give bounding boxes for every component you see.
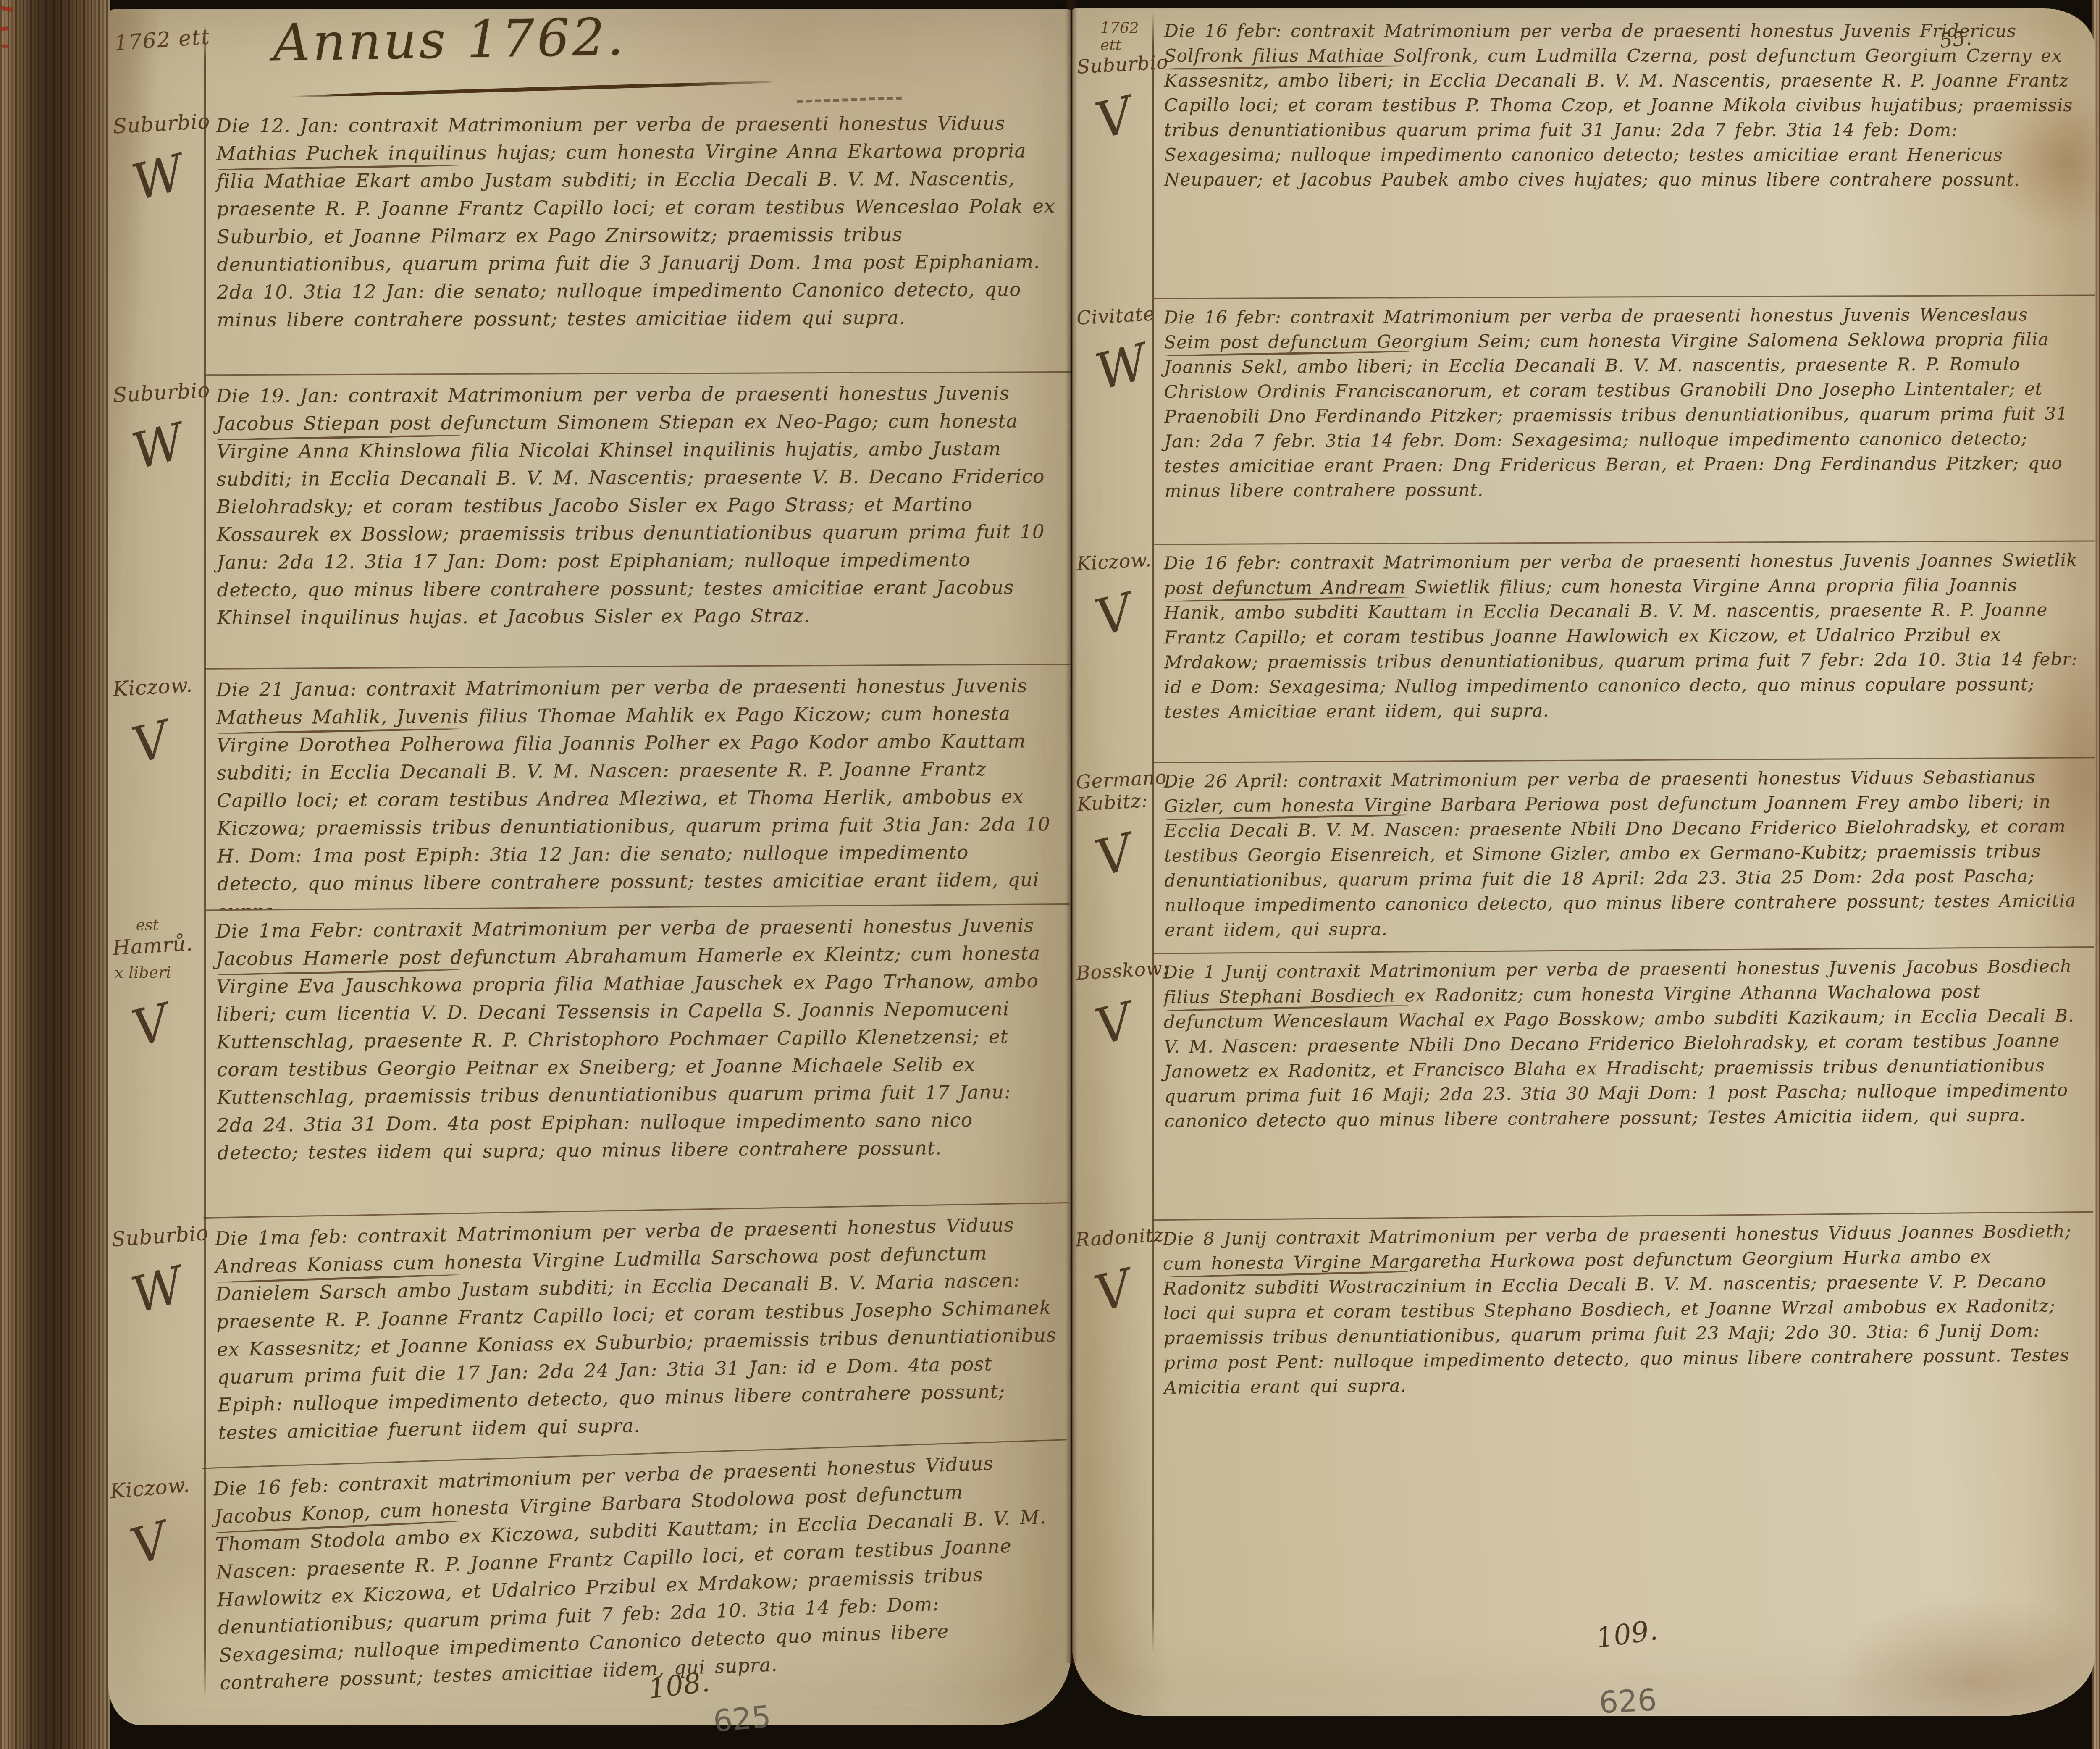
- entry-margin: Kiczow. V: [108, 668, 206, 910]
- page-number-stamp: 626: [1598, 1682, 1658, 1720]
- register-entry: Suburbio W Die 1ma feb: contraxit Matrim…: [106, 1202, 1073, 1471]
- margin-checkmark: W: [1091, 335, 1158, 397]
- margin-note: x liberi: [114, 963, 203, 982]
- entry-margin: est Hamrů. x liberi V: [107, 909, 207, 1219]
- margin-place-label: Suburbio: [113, 379, 205, 407]
- book-gutter-crease: [1065, 0, 1078, 1663]
- entry-margin: Kiczow. V: [105, 1468, 210, 1706]
- margin-place-label: Germano Kubitz:: [1075, 767, 1153, 815]
- margin-place-label: Radonitz: [1075, 1224, 1152, 1251]
- entry-margin: Suburbio W: [106, 1217, 208, 1471]
- red-edge-mark: [2, 45, 8, 48]
- margin-place-label: Bosskow:: [1076, 958, 1152, 985]
- register-entry: Suburbio W Die 12. Jan: contraxit Matrim…: [108, 102, 1071, 375]
- margin-place-label: Kiczow.: [112, 672, 204, 701]
- margin-place-label: Kiczow.: [1076, 549, 1153, 575]
- entry-margin: Suburbio W: [108, 374, 206, 669]
- margin-checkmark: V: [1091, 581, 1158, 643]
- entry-margin: Kiczow. V: [1071, 544, 1155, 762]
- margin-place-label: Hamrů.: [112, 931, 204, 960]
- red-edge-mark: [0, 26, 8, 31]
- red-edge-mark: [0, 6, 13, 12]
- entry-text: Die 21 Janua: contraxit Matrimonium per …: [205, 664, 1071, 910]
- entry-text: Die 16 feb: contraxit matrimonium per ve…: [202, 1439, 1074, 1703]
- margin-checkmark: V: [1091, 84, 1158, 146]
- margin-rule-line: [1152, 12, 1154, 1653]
- book-page-edges-left: [0, 0, 110, 1749]
- margin-checkmark: W: [126, 1254, 208, 1321]
- page-number-stamp: 625: [712, 1699, 772, 1739]
- entry-text: Die 16 febr: contraxit Matrimonium per v…: [1154, 294, 2095, 544]
- entry-text: Die 12. Jan: contraxit Matrimonium per v…: [205, 102, 1071, 374]
- margin-rule-line: [204, 24, 206, 1701]
- margin-checkmark: W: [128, 142, 209, 207]
- entry-text: Die 19. Jan: contraxit Matrimonium per v…: [205, 371, 1071, 668]
- entry-margin: Civitate W: [1071, 298, 1155, 544]
- register-entry: Civitate W Die 16 febr: contraxit Matrim…: [1071, 294, 2095, 544]
- register-entry: Bosskow: V Die 1 Junij contraxit Matrimo…: [1071, 946, 2096, 1220]
- entry-margin: Radonitz V: [1070, 1219, 1156, 1598]
- register-entry: Kiczow. V Die 16 feb: contraxit matrimon…: [105, 1439, 1074, 1706]
- margin-checkmark: V: [1090, 1257, 1157, 1319]
- entry-text: Die 1ma feb: contraxit Matrimonium per v…: [204, 1202, 1073, 1469]
- margin-year-note: 1762 ett: [1100, 19, 1152, 54]
- entry-text: Die 16 febr: contraxit Matrimonium per v…: [1154, 540, 2095, 762]
- left-page-header: 1762 ett Annus 1762.: [108, 9, 1071, 107]
- page-number-ink: 109.: [1594, 1614, 1659, 1654]
- register-entry: Radonitz V Die 8 Junij contraxit Matrimo…: [1070, 1211, 2097, 1598]
- right-page: 55. 1762 ett Suburbio V Die 16 febr: con…: [1072, 8, 2095, 1716]
- entry-text: Die 8 Junij contraxit Matrimonium per ve…: [1152, 1211, 2097, 1598]
- register-entry: Kiczow. V Die 16 febr: contraxit Matrimo…: [1071, 540, 2095, 762]
- manuscript-photo: 1762 ett Annus 1762. Suburbio W Die 12. …: [0, 0, 2100, 1749]
- right-page-entries: 1762 ett Suburbio V Die 16 febr: contrax…: [1072, 13, 2095, 1598]
- margin-place-label: Civitate: [1076, 303, 1153, 329]
- register-entry: Kiczow. V Die 21 Janua: contraxit Matrim…: [108, 664, 1071, 910]
- margin-place-label: Suburbio: [111, 1221, 203, 1251]
- margin-checkmark: V: [126, 1505, 208, 1572]
- margin-checkmark: V: [1090, 990, 1157, 1052]
- entry-text: Die 1ma Febr: contraxit Matrimonium per …: [205, 903, 1072, 1218]
- margin-year-note: 1762 ett: [113, 24, 211, 55]
- entry-text: Die 26 April: contraxit Matrimonium per …: [1154, 757, 2095, 953]
- entry-margin: 1762 ett Suburbio V: [1072, 13, 1154, 298]
- title-underline-flourish: [289, 80, 772, 98]
- margin-place-label: Kiczow.: [109, 1472, 202, 1503]
- left-page-entries: Suburbio W Die 12. Jan: contraxit Matrim…: [108, 106, 1071, 1706]
- folio-number: 55.: [1938, 26, 1973, 53]
- entry-text: Die 1 Junij contraxit Matrimonium per ve…: [1153, 946, 2096, 1220]
- register-entry: Germano Kubitz: V Die 26 April: contraxi…: [1071, 757, 2095, 953]
- register-entry: Suburbio W Die 19. Jan: contraxit Matrim…: [108, 371, 1071, 669]
- margin-checkmark: V: [127, 988, 209, 1054]
- margin-checkmark: V: [1091, 822, 1158, 883]
- margin-checkmark: V: [127, 705, 209, 770]
- entry-margin: Germano Kubitz: V: [1071, 762, 1155, 953]
- entry-margin: Suburbio W: [108, 105, 206, 375]
- title-underline-dashes: [797, 97, 902, 103]
- margin-checkmark: W: [127, 411, 209, 476]
- margin-place-label: Suburbio: [113, 110, 205, 139]
- margin-place-label: Suburbio: [1076, 52, 1153, 78]
- entry-margin: Bosskow: V: [1071, 953, 1155, 1220]
- page-title: Annus 1762.: [273, 7, 627, 73]
- register-entry: est Hamrů. x liberi V Die 1ma Febr: cont…: [107, 903, 1072, 1219]
- register-entry: 1762 ett Suburbio V Die 16 febr: contrax…: [1072, 13, 2095, 298]
- entry-text: Die 16 febr: contraxit Matrimonium per v…: [1154, 13, 2095, 298]
- left-page: 1762 ett Annus 1762. Suburbio W Die 12. …: [108, 9, 1071, 1725]
